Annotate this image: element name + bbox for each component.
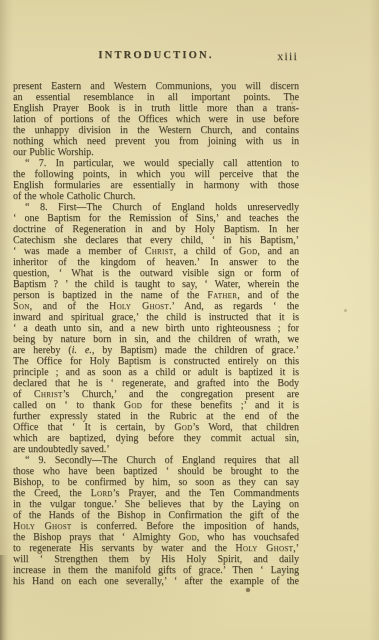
- book-page: INTRODUCTION. xiii present Eastern and W…: [0, 0, 379, 640]
- text-line: The Office for Holy Baptism is construct…: [13, 356, 299, 367]
- text-line: in the vulgar tongue.’ She believes that…: [13, 499, 299, 510]
- page-number: xiii: [277, 49, 298, 64]
- text-line: the Creed, the Lord’s Prayer, and the Te…: [13, 488, 299, 499]
- text-line: ‘ one Baptism for the Remission of Sins,…: [13, 213, 299, 224]
- page-right-edge-shadow: [369, 0, 379, 640]
- text-line: of the whole Catholic Church.: [13, 191, 299, 202]
- binding-edge-strip: [0, 555, 8, 640]
- paper-stain-speck: [344, 309, 347, 312]
- text-line: being by nature born in sin, and the chi…: [13, 334, 299, 345]
- text-line: are hereby (i. e., by Baptism) made the …: [13, 345, 299, 356]
- text-line: doctrine of Regeneration in and by Holy …: [13, 224, 299, 235]
- text-line: question, ‘ What is the outward visible …: [13, 268, 299, 279]
- text-line: of the Hands of the Bishop in Confirmati…: [13, 510, 299, 521]
- text-line: Bishop, to be confirmed by him, so soon …: [13, 477, 299, 488]
- text-line: Office that ‘ It is certain, by God’s Wo…: [13, 422, 299, 433]
- text-line: are undoubtedly saved.’: [13, 444, 299, 455]
- text-line: which are baptized, dying before they co…: [13, 433, 299, 444]
- ink-speck: [246, 588, 250, 592]
- text-line: ‘ was made a member of Christ, a child o…: [13, 246, 299, 257]
- text-line: inward and spiritual grace,’ the child i…: [13, 312, 299, 323]
- text-line: called on ‘ to thank God for these benef…: [13, 400, 299, 411]
- text-line: the Bishop prays that ‘ Almighty God, wh…: [13, 532, 299, 543]
- text-line: Son, and of the Holy Ghost.’ And, as reg…: [13, 301, 299, 312]
- text-line: will ‘ Strengthen them by His Holy Spiri…: [13, 554, 299, 565]
- text-line: the following points, in which you will …: [13, 169, 299, 180]
- text-line: to regenerate His servants by water and …: [13, 543, 299, 554]
- running-header: INTRODUCTION. xiii: [13, 50, 299, 64]
- text-line: Catechism she declares that every child,…: [13, 235, 299, 246]
- text-line: “ 8. First—The Church of England holds u…: [13, 202, 299, 213]
- text-line: nothing which need prevent you from join…: [13, 136, 299, 147]
- text-line: an essential resemblance in all importan…: [13, 92, 299, 103]
- text-line: inheritor of the kingdom of heaven.’ In …: [13, 257, 299, 268]
- text-line: Baptism ? ’ the child is taught to say, …: [13, 279, 299, 290]
- text-line: those who have been baptized ‘ should be…: [13, 466, 299, 477]
- page-left-edge-shadow: [0, 0, 14, 640]
- text-line: “ 9. Secondly—The Church of England requ…: [13, 455, 299, 466]
- chapter-header-title: INTRODUCTION.: [13, 50, 299, 61]
- text-line: principle ; and as soon as a child or ad…: [13, 367, 299, 378]
- text-line: our Public Worship.: [13, 147, 299, 158]
- text-line: person is baptized in the name of the Fa…: [13, 290, 299, 301]
- text-line: English Prayer Book is in truth little m…: [13, 103, 299, 114]
- text-line: declared that he is ‘ regenerate, and gr…: [13, 378, 299, 389]
- text-line: Holy Ghost is conferred. Before the impo…: [13, 521, 299, 532]
- text-line: ‘ a death unto sin, and a new birth unto…: [13, 323, 299, 334]
- text-line: increase in them the manifold gifts of g…: [13, 565, 299, 576]
- page-body-text: present Eastern and Western Communions, …: [13, 81, 299, 587]
- text-line: his Hand on each one severally,’ ‘ after…: [13, 576, 299, 587]
- text-line: of Christ’s Church,’ and the congregatio…: [13, 389, 299, 400]
- text-line: English formularies are essentially in h…: [13, 180, 299, 191]
- text-line: “ 7. In particular, we would specially c…: [13, 158, 299, 169]
- text-line: present Eastern and Western Communions, …: [13, 81, 299, 92]
- text-line: lation of portions of the Offices which …: [13, 114, 299, 125]
- text-line: the unhappy division in the Western Chur…: [13, 125, 299, 136]
- text-line: further expressly stated in the Rubric a…: [13, 411, 299, 422]
